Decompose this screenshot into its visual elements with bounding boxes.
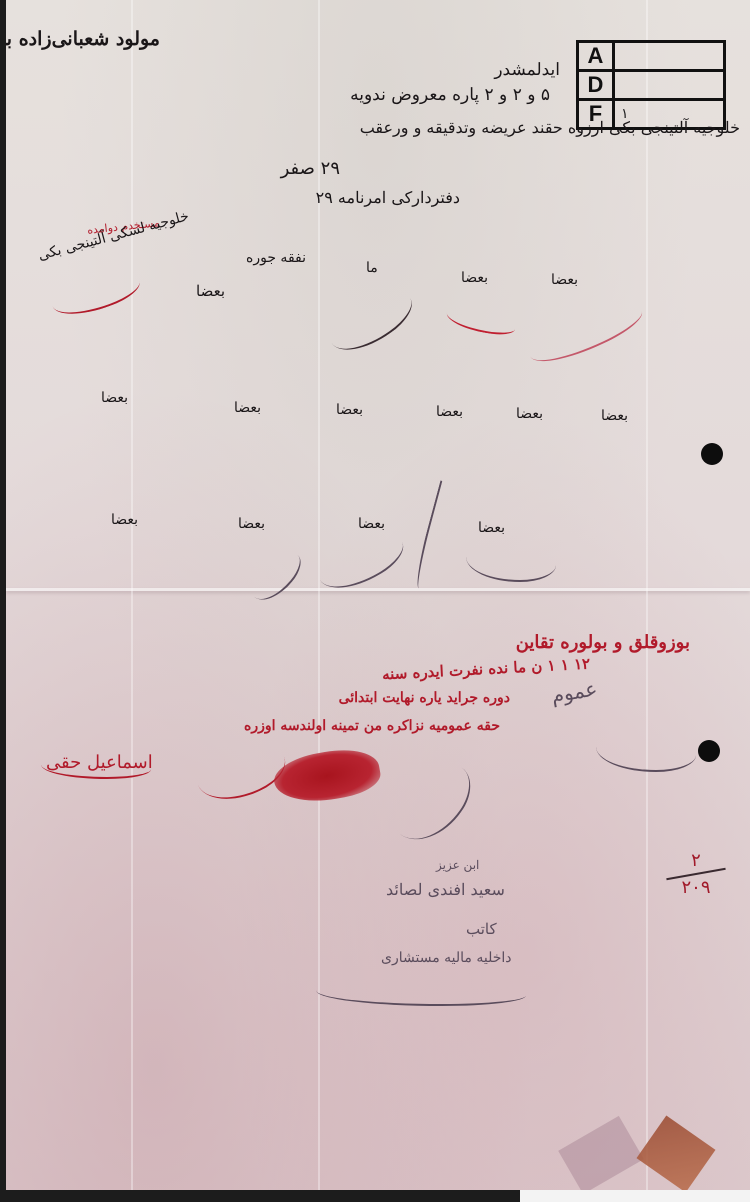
red-annotation-line-1: بوزوقلق و بولوره تقاين xyxy=(516,632,690,653)
bottom-edge-strip xyxy=(520,1190,750,1202)
stamp-label-d: D xyxy=(579,72,615,101)
header-line-4: خلوجيه آلتينجى بكى ارزوه حقند عريضه وتدق… xyxy=(360,118,740,137)
brown-tape-piece xyxy=(637,1115,716,1190)
approval-mark: بعضا xyxy=(516,406,543,422)
red-annotation-line-3: دوره جرايد ياره نهايت ابتدائى xyxy=(339,690,510,706)
pencil-note-1: ابن عزيز xyxy=(436,858,479,872)
approval-mark: بعضا xyxy=(551,272,578,288)
approval-name-4: بعضا xyxy=(196,282,225,300)
faded-tape-mark xyxy=(558,1116,644,1190)
punch-hole xyxy=(698,740,720,762)
pencil-signature-right: عموم xyxy=(549,676,599,708)
header-line-1: مولود شعبانى‌زاده بكم xyxy=(6,28,160,50)
approval-mark: بعضا xyxy=(336,402,363,418)
pencil-stroke xyxy=(380,746,482,855)
fold-line-vertical xyxy=(646,0,648,1190)
stamp-label-a: A xyxy=(579,43,615,72)
approval-name-3: ما xyxy=(366,260,378,276)
pencil-stroke xyxy=(412,480,452,589)
red-annotation-line-4: حقه عموميه نزاكره من تمينه اولندسه اوزره xyxy=(244,718,500,734)
fold-line-horizontal xyxy=(6,588,750,591)
header-line-5: ٢٩ صفر xyxy=(281,158,340,179)
file-number-denominator: ٢٠٩ xyxy=(666,877,726,898)
approval-mark: بعضا xyxy=(234,400,261,416)
pencil-signature-bottom xyxy=(316,980,526,1006)
header-line-3: ۵ و ۲ و ۲ پاره معروض ندويه xyxy=(350,85,550,105)
stamp-value-d xyxy=(615,72,723,101)
header-line-6: دفترداركى امرنامه ٢٩ xyxy=(316,188,460,207)
approval-name-2: نفقه جوره xyxy=(246,250,306,266)
red-signature-flourish xyxy=(41,755,151,779)
red-ink-seal-blot xyxy=(271,743,384,809)
pencil-signature xyxy=(244,543,307,610)
red-signature xyxy=(525,294,647,374)
pencil-note-2: سعيد افندى لصائد xyxy=(386,880,505,899)
fold-line-vertical xyxy=(131,0,133,1190)
red-seal-text: مهر xyxy=(306,760,325,774)
approval-mark: بعضا xyxy=(461,270,488,286)
pencil-signature xyxy=(466,540,556,582)
pencil-flourish xyxy=(596,730,696,772)
file-number: ٢ ٢٠٩ xyxy=(666,850,726,898)
approval-mark: بعضا xyxy=(601,408,628,424)
punch-hole xyxy=(701,443,723,465)
archive-stamp-box: A D F ١ xyxy=(576,40,726,130)
approval-mark: بعضا xyxy=(238,516,265,532)
pencil-note-3: كاتب xyxy=(466,920,497,938)
pencil-note-4: داخليه ماليه مستشارى xyxy=(381,950,512,966)
header-line-2: ايدلمشدر xyxy=(494,60,560,80)
red-signature xyxy=(445,304,518,338)
approval-mark: بعضا xyxy=(436,404,463,420)
approval-mark: بعضا xyxy=(111,512,138,528)
stamp-value-a xyxy=(615,43,723,72)
black-signature xyxy=(322,278,420,364)
approval-mark: بعضا xyxy=(101,390,128,406)
approval-mark: بعضا xyxy=(478,520,505,536)
red-signature xyxy=(48,264,144,325)
red-annotation-line-2: ١٢ ١ ١ ن ما نده نفرت ايدره سنه xyxy=(381,655,590,684)
file-number-numerator: ٢ xyxy=(666,850,726,871)
document-page: A D F ١ مولود شعبانى‌زاده بكم ايدلمشدر ۵… xyxy=(6,0,750,1190)
approval-name-1: خلوجيه لسكى آلتينجى بكى xyxy=(37,208,191,264)
